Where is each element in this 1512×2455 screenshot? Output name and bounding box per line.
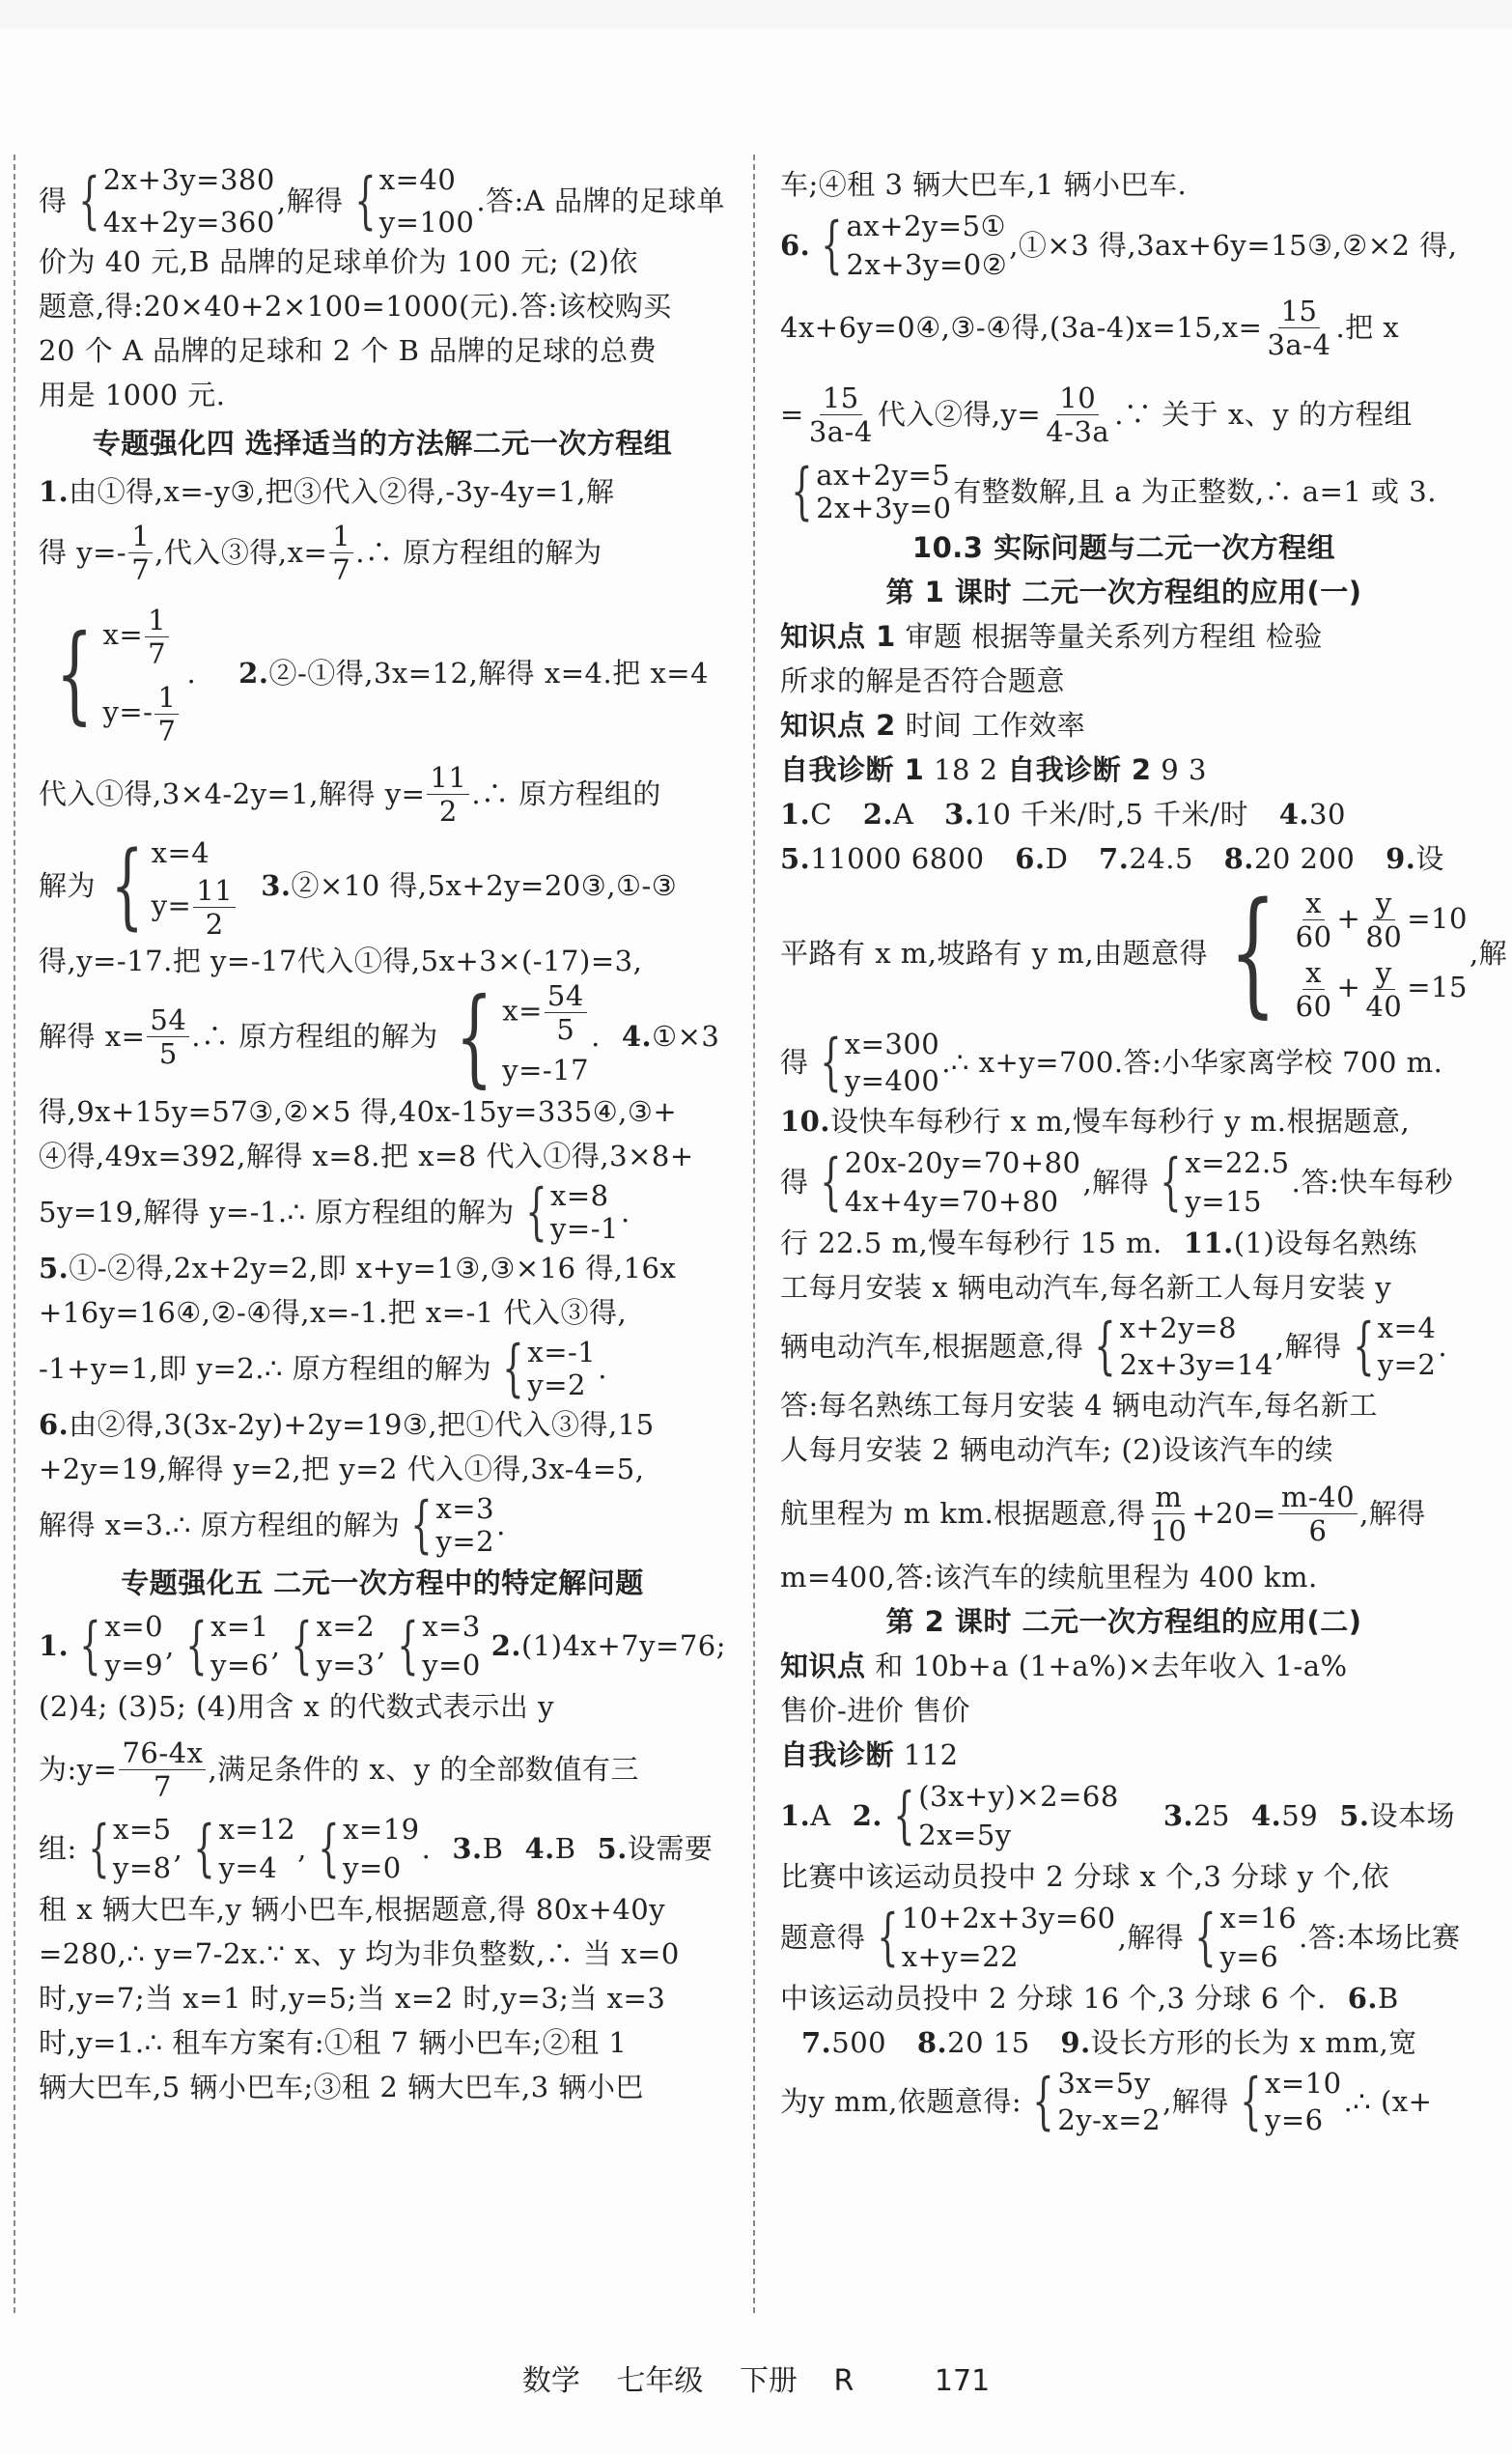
question-number: 5. [1339, 1793, 1369, 1838]
eq: x=300 [845, 1026, 940, 1062]
answer: 59 [1281, 1793, 1318, 1838]
text: .答:本场比赛 [1299, 1915, 1461, 1960]
fraction: 17 [329, 520, 353, 586]
text: .∴ (x+ [1344, 2079, 1433, 2124]
text: 由①得,x=-y③,把③代入②得,-3y-4y=1,解 [69, 475, 614, 508]
text: ,解得 [1359, 1491, 1426, 1536]
text-line: =280,∴ y=7-2x.∵ x、y 均为非负整数,∴ 当 x=0 [39, 1932, 726, 1976]
left-column: 得 {2x+3y=3804x+2y=360 ,解得 {x=40y=100 .答:… [39, 162, 726, 2109]
brace-icon: { [88, 1818, 110, 1879]
denominator: 7 [329, 553, 353, 586]
eq: ax+2y=5 [816, 459, 951, 492]
text: 设需要 [628, 1826, 714, 1871]
brace-icon: { [318, 1818, 340, 1879]
brace-icon: { [1353, 1315, 1375, 1377]
text: y=- [103, 695, 154, 728]
text: +20= [1191, 1491, 1276, 1536]
label: 自我诊断 [780, 1738, 894, 1771]
label: 知识点 1 [780, 620, 896, 653]
numerator: 10 [1056, 381, 1099, 415]
text: 有整数解,且 a 为正整数,∴ a=1 或 3. [953, 469, 1437, 514]
eq: y=-17 [502, 1046, 589, 1094]
eq: y=6 [1265, 2102, 1342, 2138]
equation-system: {10+2x+3y=60x+y=22 [868, 1899, 1116, 1976]
denominator: 60 [1293, 990, 1335, 1023]
text: 4x+6y=0④,③-④得,(3a-4)x=15,x= [780, 305, 1262, 350]
text: ,解 [1470, 931, 1507, 975]
eq: y=3 [317, 1646, 376, 1684]
fraction: y40 [1362, 956, 1405, 1023]
text: -1+y=1,即 y=2.∴ 原方程组的解为 [39, 1346, 491, 1391]
text: ②-①得,3x=12,解得 x=4.把 x=4 [268, 651, 709, 695]
text: = [780, 392, 804, 437]
text-line: 人每月安装 2 辆电动汽车; (2)设该汽车的续 [780, 1427, 1468, 1472]
fraction: 112 [427, 761, 469, 828]
text: .∴ x+y=700.答:小华家离学校 700 m. [941, 1040, 1442, 1085]
question-number: 5. [598, 1826, 628, 1871]
fraction: x60 [1293, 956, 1335, 1023]
question-number: 5. [780, 842, 810, 875]
eq: 2x+3y=380 [103, 158, 275, 201]
eq: x=-1 [527, 1336, 596, 1369]
brace-icon: { [791, 461, 813, 522]
question-number: 6. [39, 1408, 69, 1441]
question-number: 3. [944, 798, 974, 831]
q9-line2: 得 {x=300y=400 .∴ x+y=700.答:小华家离学校 700 m. [780, 1026, 1468, 1099]
numerator: x [1302, 956, 1325, 990]
q10-line2: 得 {20x-20y=70+804x+4y=70+80 ,解得 {x=22.5y… [780, 1143, 1468, 1221]
lesson-1-title: 第 1 课时 二元一次方程组的应用(一) [780, 570, 1468, 614]
text: ,解得 [1275, 1324, 1342, 1369]
text: ,代入③得,x= [154, 530, 327, 575]
numerator: 11 [193, 874, 236, 908]
brace-icon: { [410, 1494, 433, 1556]
brace-icon: { [1160, 1151, 1182, 1213]
text-line: 用是 1000 元. [39, 373, 726, 417]
answer: 25 [1193, 1793, 1230, 1838]
brace-icon: { [397, 1615, 419, 1677]
text: ,解得 [1082, 1160, 1149, 1204]
footer-edition: R [833, 2364, 854, 2398]
solution-system: {x=5y=8 [79, 1810, 172, 1887]
eq: x=22.5 [1185, 1143, 1289, 1182]
q11-line6: 航里程为 m km.根据题意,得 m10 +20= m-406 ,解得 [780, 1472, 1468, 1555]
s4-q5-line3: -1+y=1,即 y=2.∴ 原方程组的解为 {x=-1y=2. [39, 1335, 726, 1402]
question-number: 1. [780, 1793, 810, 1838]
brace-icon: { [525, 1181, 547, 1243]
numerator: 54 [545, 979, 587, 1013]
denominator: 5 [156, 1037, 181, 1070]
question-number: 1. [39, 1623, 69, 1668]
fraction: 17 [128, 520, 153, 586]
brace-icon: { [292, 1615, 314, 1677]
text-line: m=400,答:该汽车的续航里程为 400 km. [780, 1555, 1468, 1599]
text: 平路有 x m,坡路有 y m,由题意得 [780, 931, 1208, 975]
s4-q4-line4: 5y=19,解得 y=-1.∴ 原方程组的解为 {x=8y=-1. [39, 1178, 726, 1246]
denominator: 80 [1362, 920, 1405, 953]
eq: x=1 [210, 1607, 269, 1646]
q6-line3: = 153a-4 代入②得,y= 104-3a .∵ 关于 x、y 的方程组 [780, 371, 1468, 458]
text: y= [152, 889, 192, 921]
eq: 2x+3y=0② [847, 245, 1008, 284]
s4-q6-line3: 解得 x=3.∴ 原方程组的解为 {x=3y=2. [39, 1491, 726, 1559]
q6-line2: 4x+6y=0④,③-④得,(3a-4)x=15,x= 153a-4 .把 x [780, 284, 1468, 371]
question-number: 7. [1099, 842, 1129, 875]
text: 和 10b+a (1+a%)×去年收入 1-a% [866, 1650, 1348, 1682]
text: x= [103, 618, 144, 651]
question-number: 5. [39, 1252, 69, 1284]
question-number: 2. [238, 651, 268, 695]
answer: 30 [1309, 798, 1346, 831]
equation-system: {(3x+y)×2=682x=5y [884, 1777, 1119, 1854]
text-line: 时,y=1.∴ 租车方案有:①租 7 辆小巴车;②租 1 [39, 2020, 726, 2065]
eq: y=2 [1378, 1346, 1437, 1383]
eq: x=16 [1220, 1899, 1298, 1937]
fraction: 104-3a [1043, 381, 1112, 448]
text: ①×3 [652, 1014, 719, 1058]
text: 18 2 [924, 753, 1007, 786]
brace-icon: { [1032, 2071, 1054, 2132]
eq: x+2y=8 [1120, 1310, 1274, 1346]
eq: x=4 [1378, 1310, 1437, 1346]
l2-q5-line3: 题意得 {10+2x+3y=60x+y=22 ,解得 {x=16y=6 .答:本… [780, 1899, 1468, 1976]
text: .∴ 原方程组的解为 [355, 530, 602, 575]
text: 得 [780, 1160, 809, 1204]
fraction: m-406 [1278, 1481, 1358, 1547]
eq: x=0 [105, 1607, 164, 1646]
question-number: 3. [261, 863, 291, 908]
denominator: 40 [1362, 990, 1405, 1023]
denominator: 4-3a [1043, 415, 1112, 448]
text: 行 22.5 m,慢车每秒行 15 m. [780, 1227, 1162, 1259]
l2-answers-line: 1.A 2. {(3x+y)×2=682x=5y 3.25 4.59 5.设本场 [780, 1777, 1468, 1854]
question-number: 7. [801, 2026, 831, 2059]
answer: A [810, 1793, 830, 1838]
eq: y=0 [343, 1848, 420, 1887]
solution-system: {x=300y=400 [811, 1026, 940, 1099]
numerator: 15 [820, 381, 862, 415]
brace-icon: { [820, 1031, 842, 1093]
question-number: 4. [524, 1826, 554, 1871]
eq: y=15 [1185, 1182, 1289, 1221]
solution-system: { x=17 y=-17 [41, 596, 181, 750]
intro-line-1: 得 {2x+3y=3804x+2y=360 ,解得 {x=40y=100 .答:… [39, 162, 726, 240]
solution-system: {x=3y=2 [402, 1492, 494, 1558]
text-line: 时,y=7;当 x=1 时,y=5;当 x=2 时,y=3;当 x=3 [39, 1976, 726, 2020]
numerator: 1 [154, 681, 179, 715]
brace-icon: { [502, 1338, 524, 1399]
eq: x60+y40=15 [1291, 953, 1468, 1023]
eq: 2x+3y=14 [1120, 1346, 1274, 1383]
solution-system: {x=8y=-1 [517, 1179, 619, 1245]
text-line: 工每月安装 x 辆电动汽车,每名新工人每月安装 y [780, 1265, 1468, 1310]
equation-system: {ax+2y=5①2x+3y=0② [812, 207, 1007, 284]
eq: x60+y80=10 [1291, 885, 1468, 954]
left-margin-dashed-line [14, 155, 15, 2313]
question-number: 2. [853, 1793, 882, 1838]
numerator: y [1373, 956, 1395, 990]
self-diagnosis-line: 自我诊断 1 18 2 自我诊断 2 9 3 [780, 748, 1468, 792]
eq: x=10 [1265, 2065, 1342, 2102]
text: 112 [894, 1738, 959, 1771]
text-line: 价为 40 元,B 品牌的足球单价为 100 元; (2)依 [39, 240, 726, 284]
text: ②×10 得,5x+2y=20③,①-③ [291, 863, 677, 908]
question-number: 8. [1224, 842, 1254, 875]
brace-icon: { [185, 1615, 208, 1677]
text: 9 3 [1152, 753, 1207, 786]
label: 自我诊断 1 [780, 753, 924, 786]
text-line: 车;④租 3 辆大巴车,1 辆小巴车. [780, 162, 1468, 207]
text-line: +16y=16④,②-④得,x=-1.把 x=-1 代入③得, [39, 1290, 726, 1335]
numerator: m [1152, 1481, 1185, 1514]
text: 为y mm,依题意得: [780, 2079, 1022, 2124]
eq: x=3 [422, 1607, 481, 1646]
kp1-line: 知识点 1 审题 根据等量关系列方程组 检验 [780, 614, 1468, 659]
denominator: 3a-4 [1264, 328, 1333, 361]
text-line: 得,y=-17.把 y=-17代入①得,5x+3×(-17)=3, [39, 939, 726, 983]
solution-system: {x=16y=6 [1186, 1899, 1297, 1976]
question-number: 3. [452, 1826, 482, 1871]
solution-system: {x=-1y=2 [493, 1336, 596, 1401]
text: 设快车每秒行 x m,慢车每秒行 y m.根据题意, [830, 1105, 1410, 1138]
solution-system: {x=2y=3 [282, 1607, 375, 1684]
eq: y=2 [527, 1369, 596, 1401]
text-line: 售价-进价 售价 [780, 1688, 1468, 1733]
eq: (3x+y)×2=68 [918, 1777, 1119, 1816]
text: ,解得 [1118, 1915, 1185, 1960]
question-number: 11. [1184, 1227, 1234, 1259]
text: 代入①得,3×4-2y=1,解得 y= [39, 772, 425, 816]
text: 解得 x= [39, 1014, 145, 1058]
brace-icon: { [78, 170, 100, 232]
text: 得 [780, 1040, 809, 1085]
text-line: 得,9x+15y=57③,②×5 得,40x-15y=335④,③+ [39, 1089, 726, 1134]
footer-volume: 下册 [740, 2364, 798, 2398]
brace-icon: { [877, 1906, 899, 1968]
text: ,解得 [1162, 2079, 1229, 2124]
label: 自我诊断 2 [1007, 753, 1151, 786]
answer: A [893, 798, 913, 831]
solution-system: {x=12y=4 [184, 1810, 295, 1887]
brace-icon: { [1240, 2071, 1262, 2132]
denominator: 7 [154, 715, 179, 748]
eq: 20x-20y=70+80 [845, 1143, 1081, 1182]
eq: x=8 [550, 1179, 619, 1212]
question-number: 4. [622, 1014, 652, 1058]
solution-system: {x=10y=6 [1231, 2065, 1342, 2138]
brace-icon: { [456, 983, 493, 1089]
question-number: 3. [1163, 1793, 1193, 1838]
fraction: 545 [545, 979, 587, 1046]
eq: x=19 [343, 1810, 420, 1848]
text: .答:A 品牌的足球单 [476, 179, 725, 223]
eq: 2x=5y [918, 1816, 1119, 1854]
brace-icon: { [111, 839, 144, 932]
fraction: 153a-4 [1264, 295, 1333, 361]
solution-system: {x=19y=0 [309, 1810, 420, 1887]
solution-system: {x=1y=6 [177, 1607, 269, 1684]
eq: x=3 [435, 1492, 494, 1525]
question-number: 9. [1060, 2026, 1090, 2059]
text: 航里程为 m km.根据题意,得 [780, 1491, 1145, 1536]
text: 得 y=- [39, 530, 126, 575]
solution-system: {x=40y=100 [346, 158, 475, 243]
answer: 20 200 [1254, 842, 1355, 875]
lesson-2-title: 第 2 课时 二元一次方程组的应用(二) [780, 1599, 1468, 1644]
numerator: x [1302, 887, 1325, 920]
text: .把 x [1335, 305, 1399, 350]
answer: 20 15 [947, 2026, 1030, 2059]
eq: y=-17 [103, 673, 182, 750]
numerator: 1 [145, 604, 169, 637]
question-number: 8. [917, 2026, 947, 2059]
footer-grade: 七年级 [616, 2364, 703, 2398]
numerator: 11 [427, 761, 469, 795]
equation-system: {20x-20y=70+804x+4y=70+80 [811, 1143, 1081, 1221]
text: ,解得 [277, 179, 344, 223]
denominator: 6 [1305, 1514, 1330, 1547]
denominator: 60 [1293, 920, 1335, 953]
numerator: 1 [329, 520, 353, 553]
text-line: 所求的解是否符合题意 [780, 659, 1468, 703]
question-number: 1. [39, 475, 69, 508]
denominator: 7 [151, 1770, 175, 1803]
eq: x=40 [379, 158, 475, 201]
s4-q3-line3: 解得 x= 545 .∴ 原方程组的解为 { x=545 y=-17 . 4. … [39, 983, 726, 1089]
l2-q7-q9-line: 7.500 8.20 15 9.设长方形的长为 x mm,宽 [780, 2020, 1468, 2065]
question-number: 6. [1015, 842, 1045, 875]
answers-line-1: 1.C 2.A 3.10 千米/时,5 千米/时 4.30 [780, 792, 1468, 836]
equation-system: {2x+3y=3804x+2y=360 [70, 158, 275, 243]
answer: 24.5 [1129, 842, 1193, 875]
answer: 500 [831, 2026, 886, 2059]
equation-system: {3x=5y2y-x=2 [1023, 2065, 1161, 2138]
s4-q2-line2: 代入①得,3×4-2y=1,解得 y= 112 .∴ 原方程组的 [39, 755, 726, 832]
eq: y=-1 [550, 1212, 619, 1245]
denominator: 5 [553, 1013, 577, 1046]
text: ,①×3 得,3ax+6y=15③,②×2 得, [1009, 223, 1457, 268]
answer: 11000 6800 [810, 842, 984, 875]
fraction: y80 [1362, 887, 1405, 953]
question-number: 2. [491, 1623, 521, 1668]
text-line: 20 个 A 品牌的足球和 2 个 B 品牌的足球的总费 [39, 328, 726, 373]
text: .∴ 原方程组的 [471, 772, 660, 816]
question-number: 4. [1251, 1793, 1281, 1838]
eq: x=2 [317, 1607, 376, 1646]
self-diagnosis-line: 自我诊断 112 [780, 1733, 1468, 1777]
text-line: 比赛中该运动员投中 2 分球 x 个,3 分球 y 个,依 [780, 1854, 1468, 1899]
eq: y=4 [219, 1848, 296, 1887]
brace-icon: { [56, 620, 94, 726]
text: .∵ 关于 x、y 的方程组 [1114, 392, 1413, 437]
numerator: y [1373, 887, 1395, 920]
text: 中该运动员投中 2 分球 16 个,3 分球 6 个. [780, 1982, 1327, 2015]
equation-system: { x60+y80=10 x60+y40=15 [1210, 885, 1468, 1023]
solution-system: {x=0y=9 [70, 1607, 163, 1684]
l2-q9-line2: 为y mm,依题意得: {3x=5y2y-x=2 ,解得 {x=10y=6 .∴… [780, 2065, 1468, 2138]
question-number: 6. [780, 223, 810, 268]
text: .答:快车每秒 [1292, 1160, 1454, 1204]
text-line: 答:每名熟练工每月安装 4 辆电动汽车,每名新工 [780, 1383, 1468, 1427]
s4-q1-line2: 得 y=- 17 ,代入③得,x= 17 .∴ 原方程组的解为 [39, 514, 726, 591]
text: 代入②得,y= [878, 392, 1041, 437]
brace-icon: { [893, 1785, 915, 1847]
eq: y=8 [113, 1848, 172, 1887]
label: 知识点 2 [780, 709, 896, 742]
text: 审题 根据等量关系列方程组 检验 [896, 620, 1323, 653]
numerator: 1 [128, 520, 153, 553]
text: (1)设每名熟练 [1234, 1227, 1417, 1259]
eq: 10+2x+3y=60 [902, 1899, 1116, 1937]
solution-system: {x=22.5y=15 [1151, 1143, 1289, 1221]
text: 得 [39, 179, 68, 223]
answer: B [483, 1826, 504, 1871]
eq: y=2 [435, 1525, 494, 1558]
label: 知识点 [780, 1650, 866, 1682]
fraction: m10 [1147, 1481, 1190, 1547]
eq: x=545 [502, 979, 589, 1046]
question-number: 6. [1348, 1982, 1378, 2015]
kp-line: 知识点 和 10b+a (1+a%)×去年收入 1-a% [780, 1644, 1468, 1688]
eq: 2x+3y=0 [816, 492, 951, 524]
q6-line1: 6. {ax+2y=5①2x+3y=0② ,①×3 得,3ax+6y=15③,②… [780, 207, 1468, 284]
kp2-line: 知识点 2 时间 工作效率 [780, 703, 1468, 748]
answer: B [1378, 1982, 1399, 2015]
text: ,满足条件的 x、y 的全部数值有三 [208, 1747, 638, 1792]
text: x= [502, 994, 543, 1027]
section-title-4: 专题强化四 选择适当的方法解二元一次方程组 [39, 421, 726, 466]
text-line: ④得,49x=392,解得 x=8.把 x=8 代入①得,3×8+ [39, 1134, 726, 1178]
q10-q11-line: 行 22.5 m,慢车每秒行 15 m.11.(1)设每名熟练 [780, 1221, 1468, 1265]
text-line: 租 x 辆大巴车,y 辆小巴车,根据题意,得 80x+40y [39, 1887, 726, 1932]
equation-system: {ax+2y=52x+3y=0 [782, 459, 951, 524]
text: (1)4x+7y=76; [521, 1623, 726, 1668]
numerator: 76-4x [119, 1736, 206, 1770]
text: 5y=19,解得 y=-1.∴ 原方程组的解为 [39, 1190, 515, 1234]
text: 辆电动汽车,根据题意,得 [780, 1324, 1083, 1369]
q9-line1: 平路有 x m,坡路有 y m,由题意得 { x60+y80=10 x60+y4… [780, 881, 1468, 1026]
denominator: 2 [436, 795, 461, 828]
text-line: (2)4; (3)5; (4)用含 x 的代数式表示出 y [39, 1684, 726, 1729]
text: 设长方形的长为 x mm,宽 [1091, 2026, 1417, 2059]
eq: x=4 [152, 832, 238, 874]
eq: x=5 [113, 1810, 172, 1848]
text: 组: [39, 1826, 77, 1871]
answer: C [810, 798, 832, 831]
eq: y=9 [105, 1646, 164, 1684]
text-line: 题意,得:20×40+2×100=1000(元).答:该校购买 [39, 284, 726, 328]
text: ①-②得,2x+2y=2,即 x+y=1③,③×16 得,16x [69, 1252, 676, 1284]
q11-line3: 辆电动汽车,根据题意,得 {x+2y=82x+3y=14 ,解得 {x=4y=2… [780, 1310, 1468, 1383]
text: 解为 [39, 863, 96, 908]
question-number: 1. [780, 798, 810, 831]
eq: x+y=22 [902, 1937, 1116, 1976]
denominator: 3a-4 [806, 415, 876, 448]
fraction: 112 [193, 874, 236, 941]
eq: y=6 [210, 1646, 269, 1684]
question-number: 2. [863, 798, 893, 831]
eq: y=112 [152, 874, 238, 941]
text: =15 [1407, 971, 1468, 1003]
solution-system: { x=4 y=112 [98, 832, 238, 941]
answer: 设 [1415, 842, 1444, 875]
denominator: 7 [145, 637, 169, 670]
text: 由②得,3(3x-2y)+2y=19③,把①代入③得,15 [69, 1408, 654, 1441]
denominator: 2 [203, 908, 227, 941]
text: =10 [1407, 902, 1468, 935]
solution-system: {x=4y=2 [1344, 1310, 1437, 1383]
s4-q5-line1: 5.①-②得,2x+2y=2,即 x+y=1③,③×16 得,16x [39, 1246, 726, 1290]
